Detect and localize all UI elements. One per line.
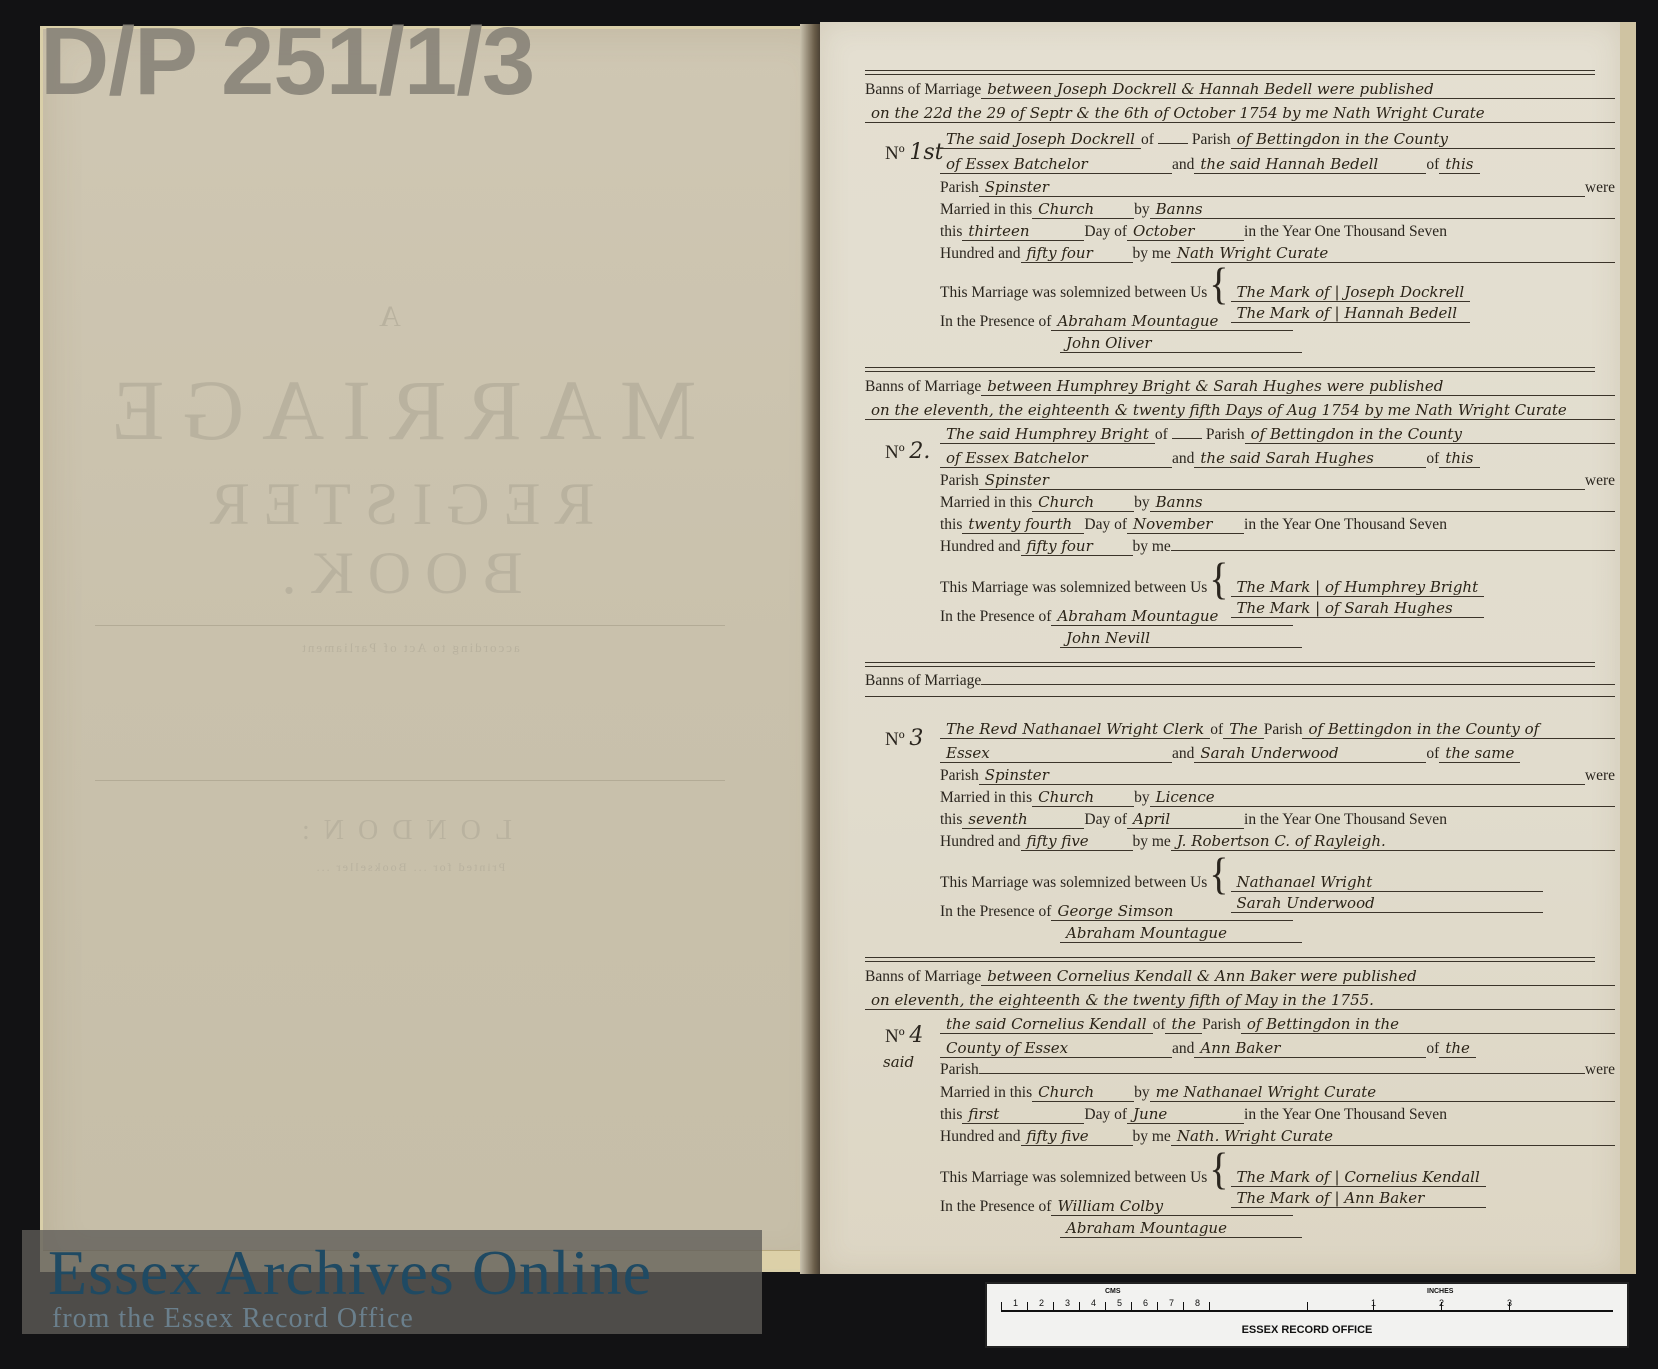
groom-parish: of Bettingdon in the: [1241, 1015, 1615, 1034]
groom-county: Essex: [940, 744, 1172, 763]
ruler-cms-label: CMS: [1105, 1288, 1121, 1295]
register-spread: D/P 251/1/3 A MARRIAGE REGISTER BOOK. ac…: [0, 0, 1658, 1369]
right-page-register: Banns of Marriage between Joseph Dockrel…: [820, 22, 1636, 1274]
banns-text: between Cornelius Kendall & Ann Baker we…: [981, 967, 1615, 986]
entry-divider: [865, 367, 1595, 372]
marriage-entry-4: Banns of Marriage between Cornelius Kend…: [865, 957, 1615, 1257]
bleedthrough-imprint: Printed for ... Bookseller ...: [130, 860, 690, 875]
witness-2: Abraham Mountague: [1060, 924, 1302, 943]
married-in: Church: [1032, 493, 1134, 512]
banns-text: on the eleventh, the eighteenth & twenty…: [865, 401, 1615, 420]
marriage-day: twenty fourth: [962, 515, 1084, 534]
groom-county: of Essex Batchelor: [940, 155, 1172, 174]
bride-name: the said Sarah Hughes: [1194, 449, 1426, 468]
party-1: The Mark of | Cornelius Kendall: [1231, 1168, 1486, 1187]
groom-name: The Revd Nathanael Wright Clerk: [940, 720, 1210, 739]
marriage-month: October: [1127, 222, 1244, 241]
groom-name: the said Cornelius Kendall: [940, 1015, 1153, 1034]
brace: {: [1209, 852, 1228, 896]
party-1: The Mark of | Joseph Dockrell: [1231, 283, 1471, 302]
bride-of: the: [1439, 1039, 1476, 1058]
bride-of: this: [1439, 155, 1479, 174]
married-in: Church: [1032, 788, 1134, 807]
party-1: The Mark | of Humphrey Bright: [1231, 578, 1485, 597]
groom-county: County of Essex: [940, 1039, 1172, 1058]
officiant: J. Robertson C. of Rayleigh.: [1171, 832, 1615, 851]
bride-status: Spinster: [979, 178, 1585, 197]
groom-name: The said Joseph Dockrell: [940, 130, 1141, 149]
watermark-title: Essex Archives Online: [48, 1241, 652, 1305]
banns-text: between Joseph Dockrell & Hannah Bedell …: [981, 80, 1615, 99]
bride-of: this: [1439, 449, 1479, 468]
bride-status: Spinster: [979, 766, 1585, 785]
divider: [95, 780, 725, 781]
entry-divider: [865, 662, 1595, 667]
banns-text: on eleventh, the eighteenth & the twenty…: [865, 991, 1615, 1010]
banns-text: between Humphrey Bright & Sarah Hughes w…: [981, 377, 1615, 396]
entry-divider: [865, 957, 1595, 962]
married-by: Banns: [1150, 493, 1615, 512]
witness-1: Abraham Mountague: [1051, 312, 1293, 331]
bleedthrough-subtitle: according to Act of Parliament: [220, 640, 600, 656]
bride-status: [979, 1073, 1585, 1074]
bleedthrough-title-main: MARRIAGE: [75, 360, 715, 460]
groom-county: of Essex Batchelor: [940, 449, 1172, 468]
banns-text: [981, 684, 1615, 685]
party-1: Nathanael Wright: [1231, 873, 1543, 892]
entry-number: Nº 3: [885, 726, 923, 751]
marriage-month: June: [1127, 1105, 1244, 1124]
marriage-entry-3: Banns of Marriage Nº 3 The Revd Nathanae…: [865, 662, 1615, 952]
bride-name: Ann Baker: [1194, 1039, 1426, 1058]
ruler-inches-label: INCHES: [1427, 1288, 1453, 1295]
bleedthrough-place: LONDON:: [250, 815, 550, 847]
marriage-month: November: [1127, 515, 1244, 534]
marriage-year: fifty five: [1021, 832, 1133, 851]
marriage-day: thirteen: [962, 222, 1084, 241]
bleedthrough-title-sub: REGISTER BOOK.: [75, 470, 715, 608]
bride-name: the said Hannah Bedell: [1194, 155, 1426, 174]
groom-parish: of Bettingdon in the County: [1231, 130, 1615, 149]
bride-status: Spinster: [979, 471, 1585, 490]
ruler-organisation: ESSEX RECORD OFFICE: [987, 1324, 1627, 1336]
bride-name: Sarah Underwood: [1194, 744, 1426, 763]
marriage-year: fifty four: [1021, 244, 1133, 263]
marriage-entry-1: Banns of Marriage between Joseph Dockrel…: [865, 70, 1615, 360]
officiant: Nath. Wright Curate: [1171, 1127, 1615, 1146]
groom-name: The said Humphrey Bright: [940, 425, 1155, 444]
entry-number: Nº 2.: [885, 439, 930, 464]
officiant: Nath Wright Curate: [1171, 244, 1615, 263]
brace: {: [1209, 262, 1228, 306]
witness-2: John Nevill: [1060, 629, 1302, 648]
witness-1: William Colby: [1051, 1197, 1293, 1216]
banns-text: [865, 696, 1615, 697]
entry-number: Nº 1st: [885, 140, 944, 165]
witness-1: Abraham Mountague: [1051, 607, 1293, 626]
brace: {: [1209, 1147, 1228, 1191]
married-in: Church: [1032, 1083, 1134, 1102]
married-by: me Nathanael Wright Curate: [1150, 1083, 1615, 1102]
groom-parish: of Bettingdon in the County of: [1302, 720, 1615, 739]
bleedthrough-title-a: A: [360, 300, 420, 334]
watermark-subtitle: from the Essex Record Office: [52, 1305, 414, 1333]
divider: [95, 625, 725, 626]
banns-text: on the 22d the 29 of Septr & the 6th of …: [865, 104, 1615, 123]
married-by: Licence: [1150, 788, 1615, 807]
witness-1: George Simson: [1051, 902, 1293, 921]
call-number: D/P 251/1/3: [40, 14, 534, 110]
brace: {: [1209, 557, 1228, 601]
marriage-year: fifty four: [1021, 537, 1133, 556]
officiant: [1171, 550, 1615, 551]
groom-parish: of Bettingdon in the County: [1245, 425, 1615, 444]
witness-2: John Oliver: [1060, 334, 1302, 353]
marriage-month: April: [1127, 810, 1244, 829]
groom-parish-prefix: the: [1165, 1015, 1202, 1034]
marriage-year: fifty five: [1021, 1127, 1133, 1146]
entry-number: Nº 4: [885, 1023, 923, 1048]
marriage-day: first: [962, 1105, 1084, 1124]
married-in: Church: [1032, 200, 1134, 219]
entry-divider: [865, 70, 1595, 75]
groom-parish-prefix: The: [1223, 720, 1264, 739]
marriage-day: seventh: [962, 810, 1084, 829]
witness-2: Abraham Mountague: [1060, 1219, 1302, 1238]
scale-ruler: CMS INCHES 1 2 3 4 5 6 7 8 1 2 3 ESSEX R…: [985, 1282, 1629, 1348]
bride-of: the same: [1439, 744, 1520, 763]
margin-note: said: [877, 1053, 920, 1071]
marriage-entry-2: Banns of Marriage between Humphrey Brigh…: [865, 367, 1615, 657]
married-by: Banns: [1150, 200, 1615, 219]
banns-label: Banns of Marriage: [865, 81, 981, 99]
